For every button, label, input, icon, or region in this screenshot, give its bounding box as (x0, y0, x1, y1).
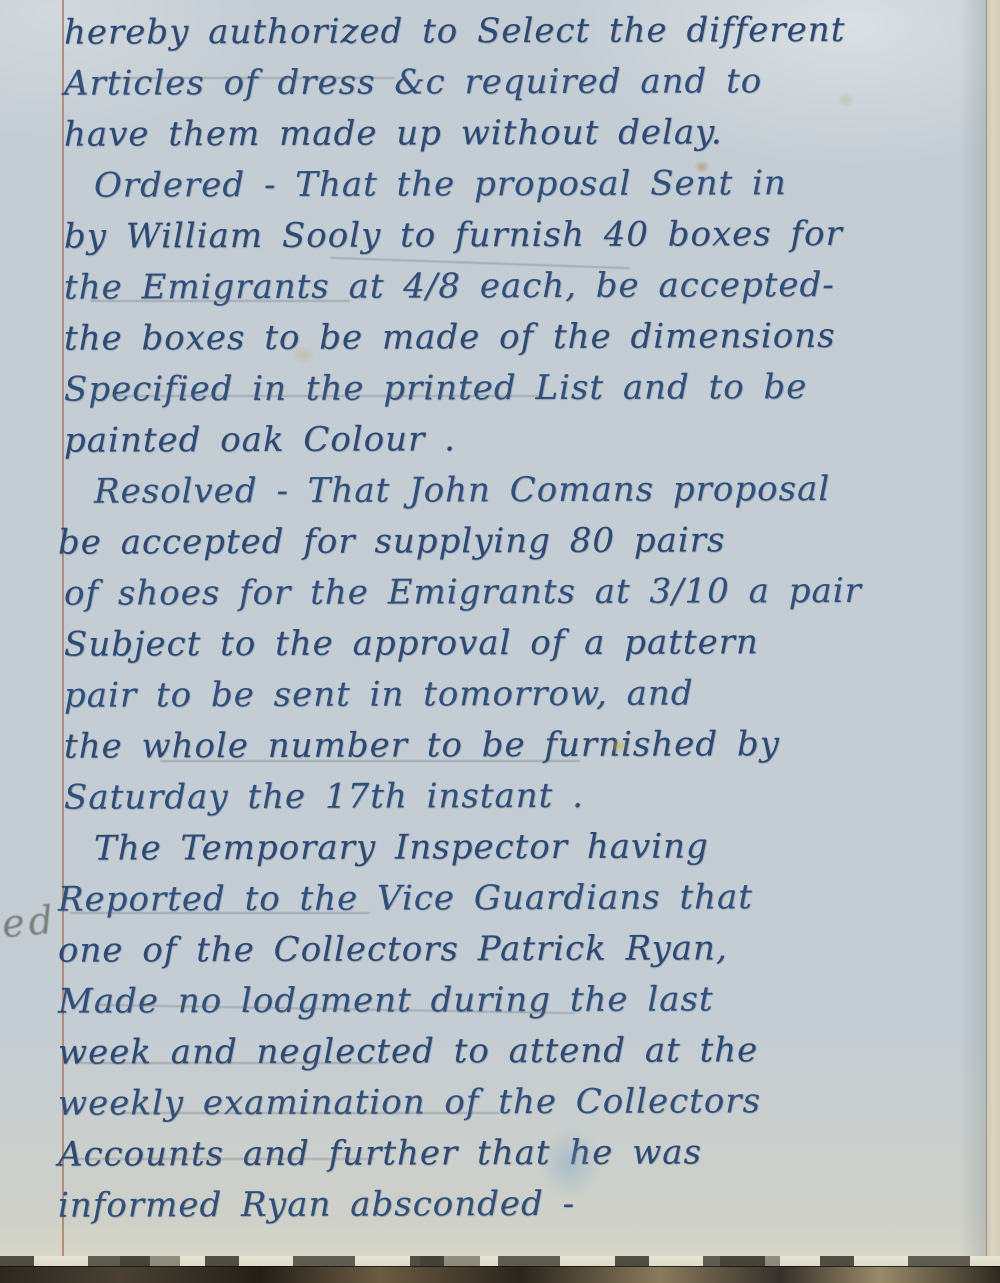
manuscript-line: weekly examination of the Collectors (58, 1075, 1000, 1129)
manuscript-line: one of the Collectors Patrick Ryan, (58, 922, 1000, 976)
manuscript-line: Ordered - That the proposal Sent in (94, 157, 1000, 211)
manuscript-line: have them made up without delay. (64, 106, 1000, 160)
manuscript-line: week and neglected to attend at the (58, 1024, 1000, 1078)
pencil-streak (160, 760, 580, 762)
manuscript-line: the Emigrants at 4/8 each, be accepted- (64, 259, 1000, 313)
pencil-streak (95, 77, 395, 79)
manuscript-line: Resolved - That John Comans proposal (94, 463, 1000, 517)
paper-stain (836, 92, 856, 108)
manuscript-line: Articles of dress &c required and to (64, 55, 1000, 109)
page-edge-shadow (959, 0, 987, 1262)
pencil-streak (110, 395, 540, 397)
handwritten-text-block: hereby authorized to Select the differen… (0, 6, 1000, 1230)
manuscript-line: pair to be sent in tomorrow, and (64, 667, 1000, 721)
pencil-streak (70, 912, 370, 914)
manuscript-line: Accounts and further that he was (58, 1126, 1000, 1180)
manuscript-line: Reported to the Vice Guardians that (58, 871, 1000, 925)
book-edge-band (0, 1266, 1000, 1283)
manuscript-line: Specified in the printed List and to be (64, 361, 1000, 415)
paper-stain (694, 160, 710, 174)
paper-stain (290, 345, 316, 365)
manuscript-line: Subject to the approval of a pattern (64, 616, 1000, 670)
manuscript-line: painted oak Colour . (64, 412, 1000, 466)
manuscript-line: The Temporary Inspector having (94, 820, 1000, 874)
manuscript-line: Made no lodgment during the last (58, 973, 1000, 1027)
manuscript-line: by William Sooly to furnish 40 boxes for (64, 208, 1000, 262)
manuscript-line: informed Ryan absconded - (58, 1177, 1000, 1231)
manuscript-page: hereby authorized to Select the differen… (0, 0, 1000, 1283)
pencil-margin-note: ed (0, 898, 58, 947)
manuscript-line: Saturday the 17th instant . (64, 769, 1000, 823)
manuscript-line: be accepted for supplying 80 pairs (58, 514, 1000, 568)
pencil-streak (120, 1112, 500, 1114)
manuscript-line: of shoes for the Emigrants at 3/10 a pai… (64, 565, 1000, 619)
paper-stain (610, 738, 628, 754)
pencil-streak (80, 1062, 380, 1064)
manuscript-line: the boxes to be made of the dimensions (64, 310, 1000, 364)
pencil-streak (75, 1158, 375, 1160)
blue-ink-smudge (540, 1128, 600, 1198)
page-right-edge (986, 0, 1000, 1266)
manuscript-line: the whole number to be furnished by (64, 718, 1000, 772)
manuscript-line: hereby authorized to Select the differen… (64, 4, 1000, 58)
pencil-streak (90, 300, 350, 302)
